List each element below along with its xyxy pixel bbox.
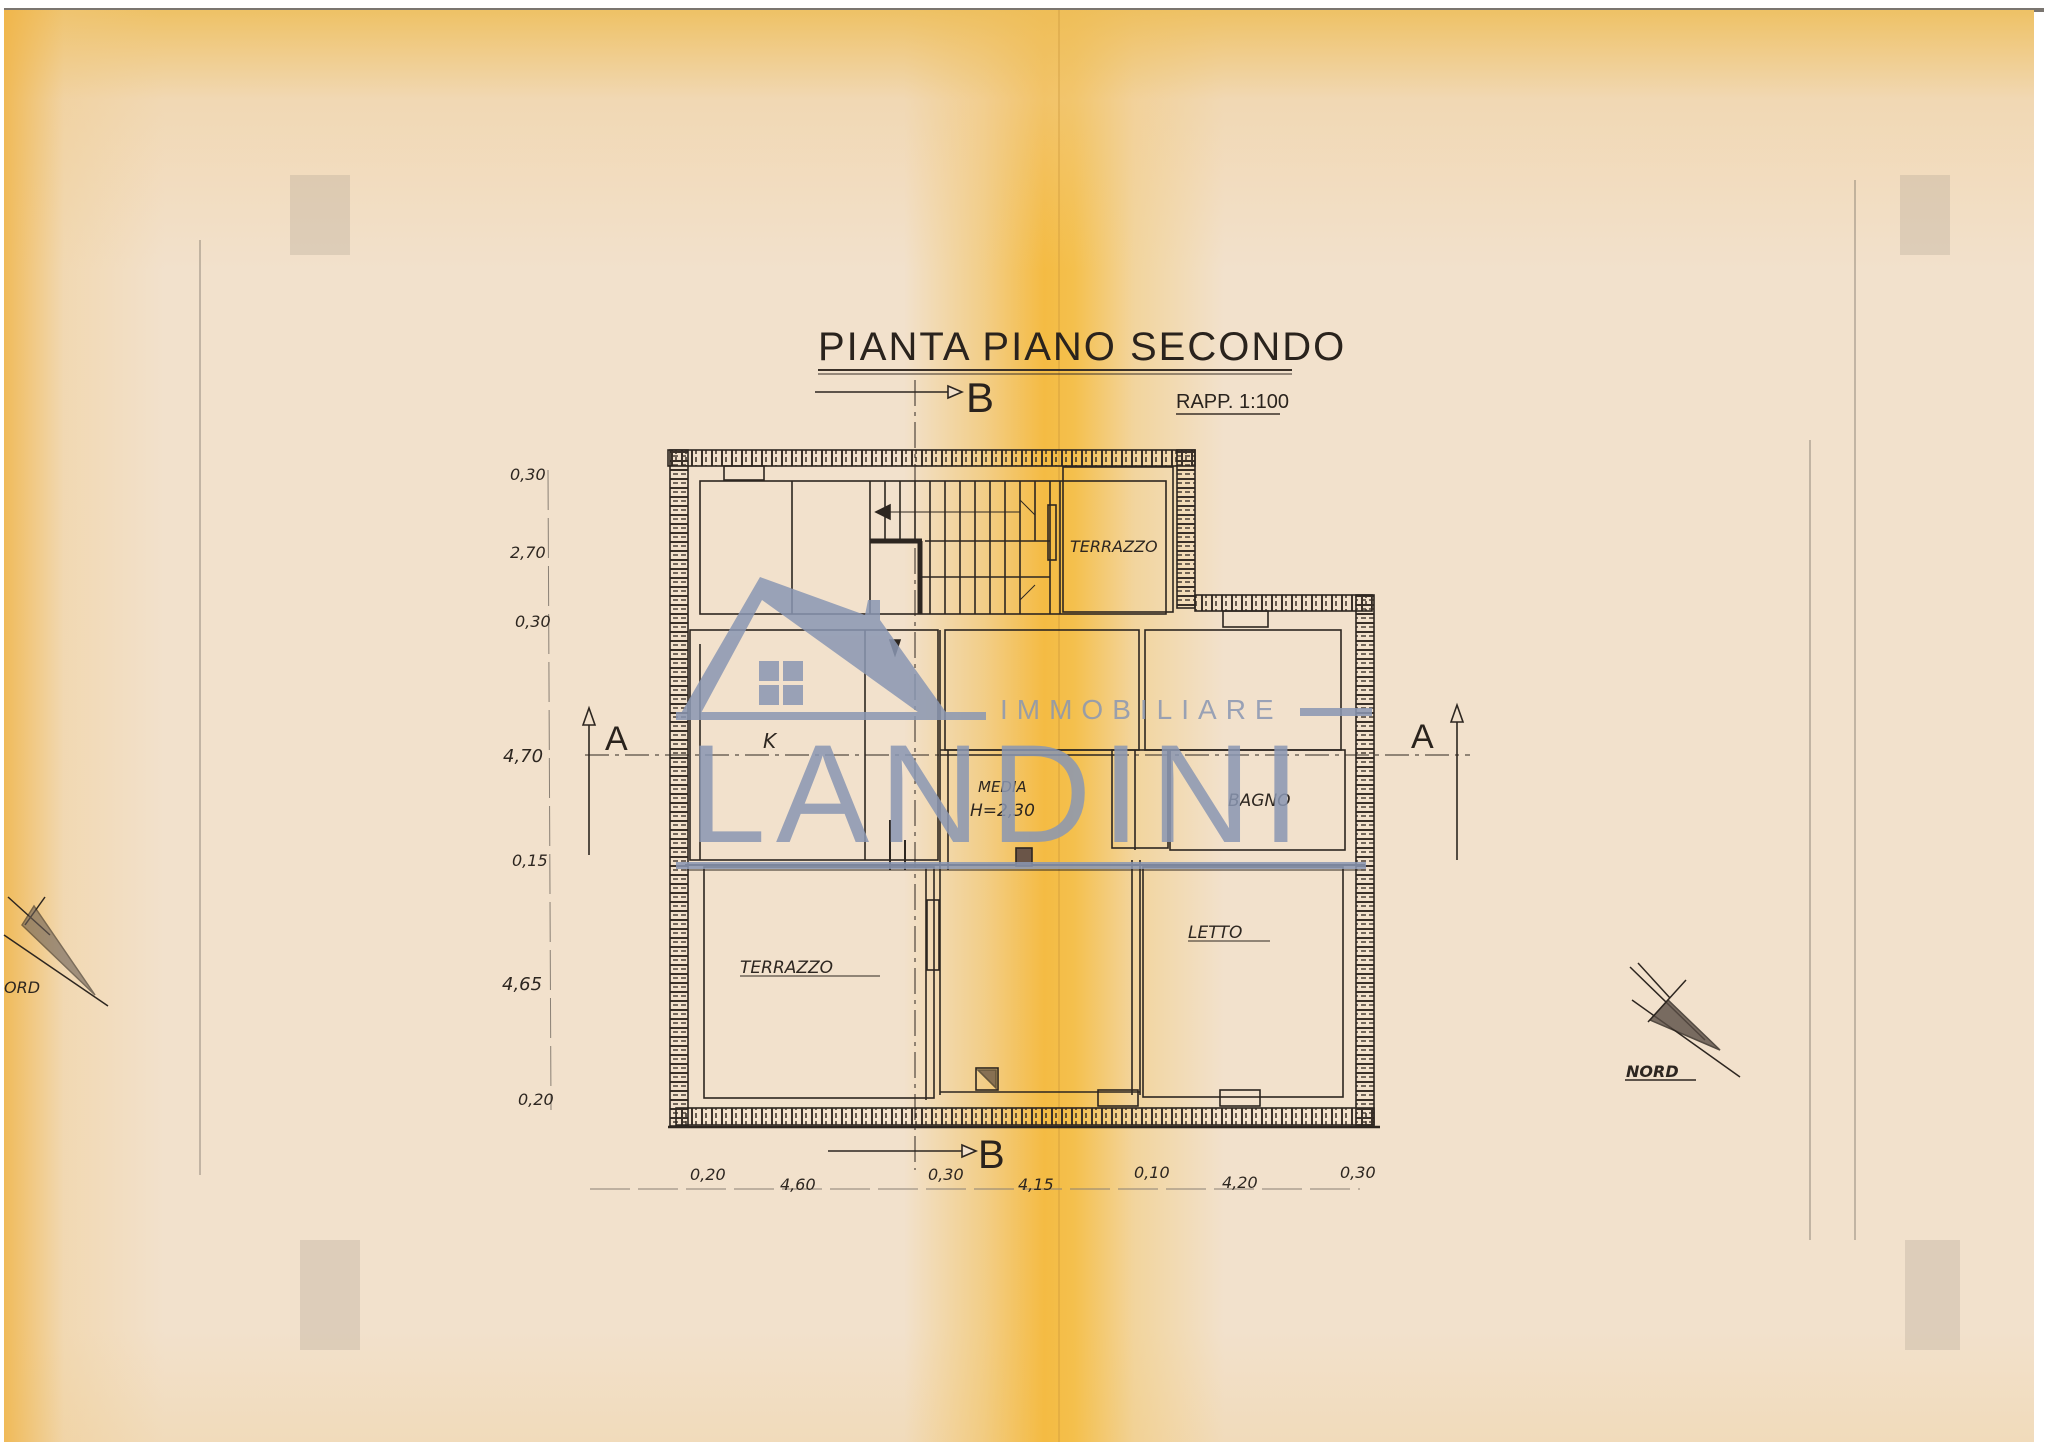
watermark-landini: LANDINI [688, 715, 1310, 872]
scale-text: RAPP. 1:100 [1176, 391, 1289, 413]
title-text: PIANTA PIANO SECONDO [818, 325, 1346, 369]
room-label-terrazzo-bottom: TERRAZZO [740, 958, 833, 978]
dim-h-2: 4,60 [780, 1175, 816, 1194]
dim-h-1: 0,20 [690, 1165, 726, 1184]
dim-h-3: 0,30 [928, 1165, 964, 1184]
dim-v-6: 4,65 [502, 974, 542, 995]
section-b-label-top: B [966, 374, 994, 421]
dim-h-5: 0,10 [1134, 1163, 1170, 1182]
dim-v-4: 4,70 [503, 746, 543, 767]
dim-h-7: 0,30 [1340, 1163, 1376, 1182]
vertical-dimensions: 0,30 2,70 0,30 4,70 0,15 4,65 0,20 [502, 465, 554, 1110]
north-label-left: ORD [4, 978, 40, 997]
section-a-right [1451, 705, 1463, 860]
north-label-right: NORD [1626, 1062, 1679, 1081]
staircase [870, 481, 1050, 614]
drawing-title: PIANTA PIANO SECONDO RAPP. 1:100 [818, 325, 1346, 414]
dim-v-7: 0,20 [518, 1090, 554, 1109]
room-label-terrazzo-top: TERRAZZO [1070, 537, 1158, 556]
room-label-letto: LETTO [1188, 923, 1242, 943]
dim-h-4: 4,15 [1018, 1175, 1054, 1194]
dim-v-3: 0,30 [515, 612, 551, 631]
section-b-label-bottom: B [978, 1133, 1005, 1177]
section-a-label-left: A [605, 720, 628, 758]
dim-h-6: 4,20 [1222, 1173, 1258, 1192]
dim-v-5: 0,15 [512, 851, 548, 870]
scanned-drawing-sheet: PIANTA PIANO SECONDO RAPP. 1:100 B B A [0, 0, 2048, 1448]
section-a-label-right: A [1411, 718, 1434, 756]
dim-v-1: 0,30 [510, 465, 546, 484]
north-arrow-right [1630, 963, 1740, 1077]
section-b-bottom [828, 1145, 976, 1157]
floor-plan-drawing: PIANTA PIANO SECONDO RAPP. 1:100 B B A [0, 0, 2048, 1448]
dim-v-2: 2,70 [510, 543, 546, 562]
